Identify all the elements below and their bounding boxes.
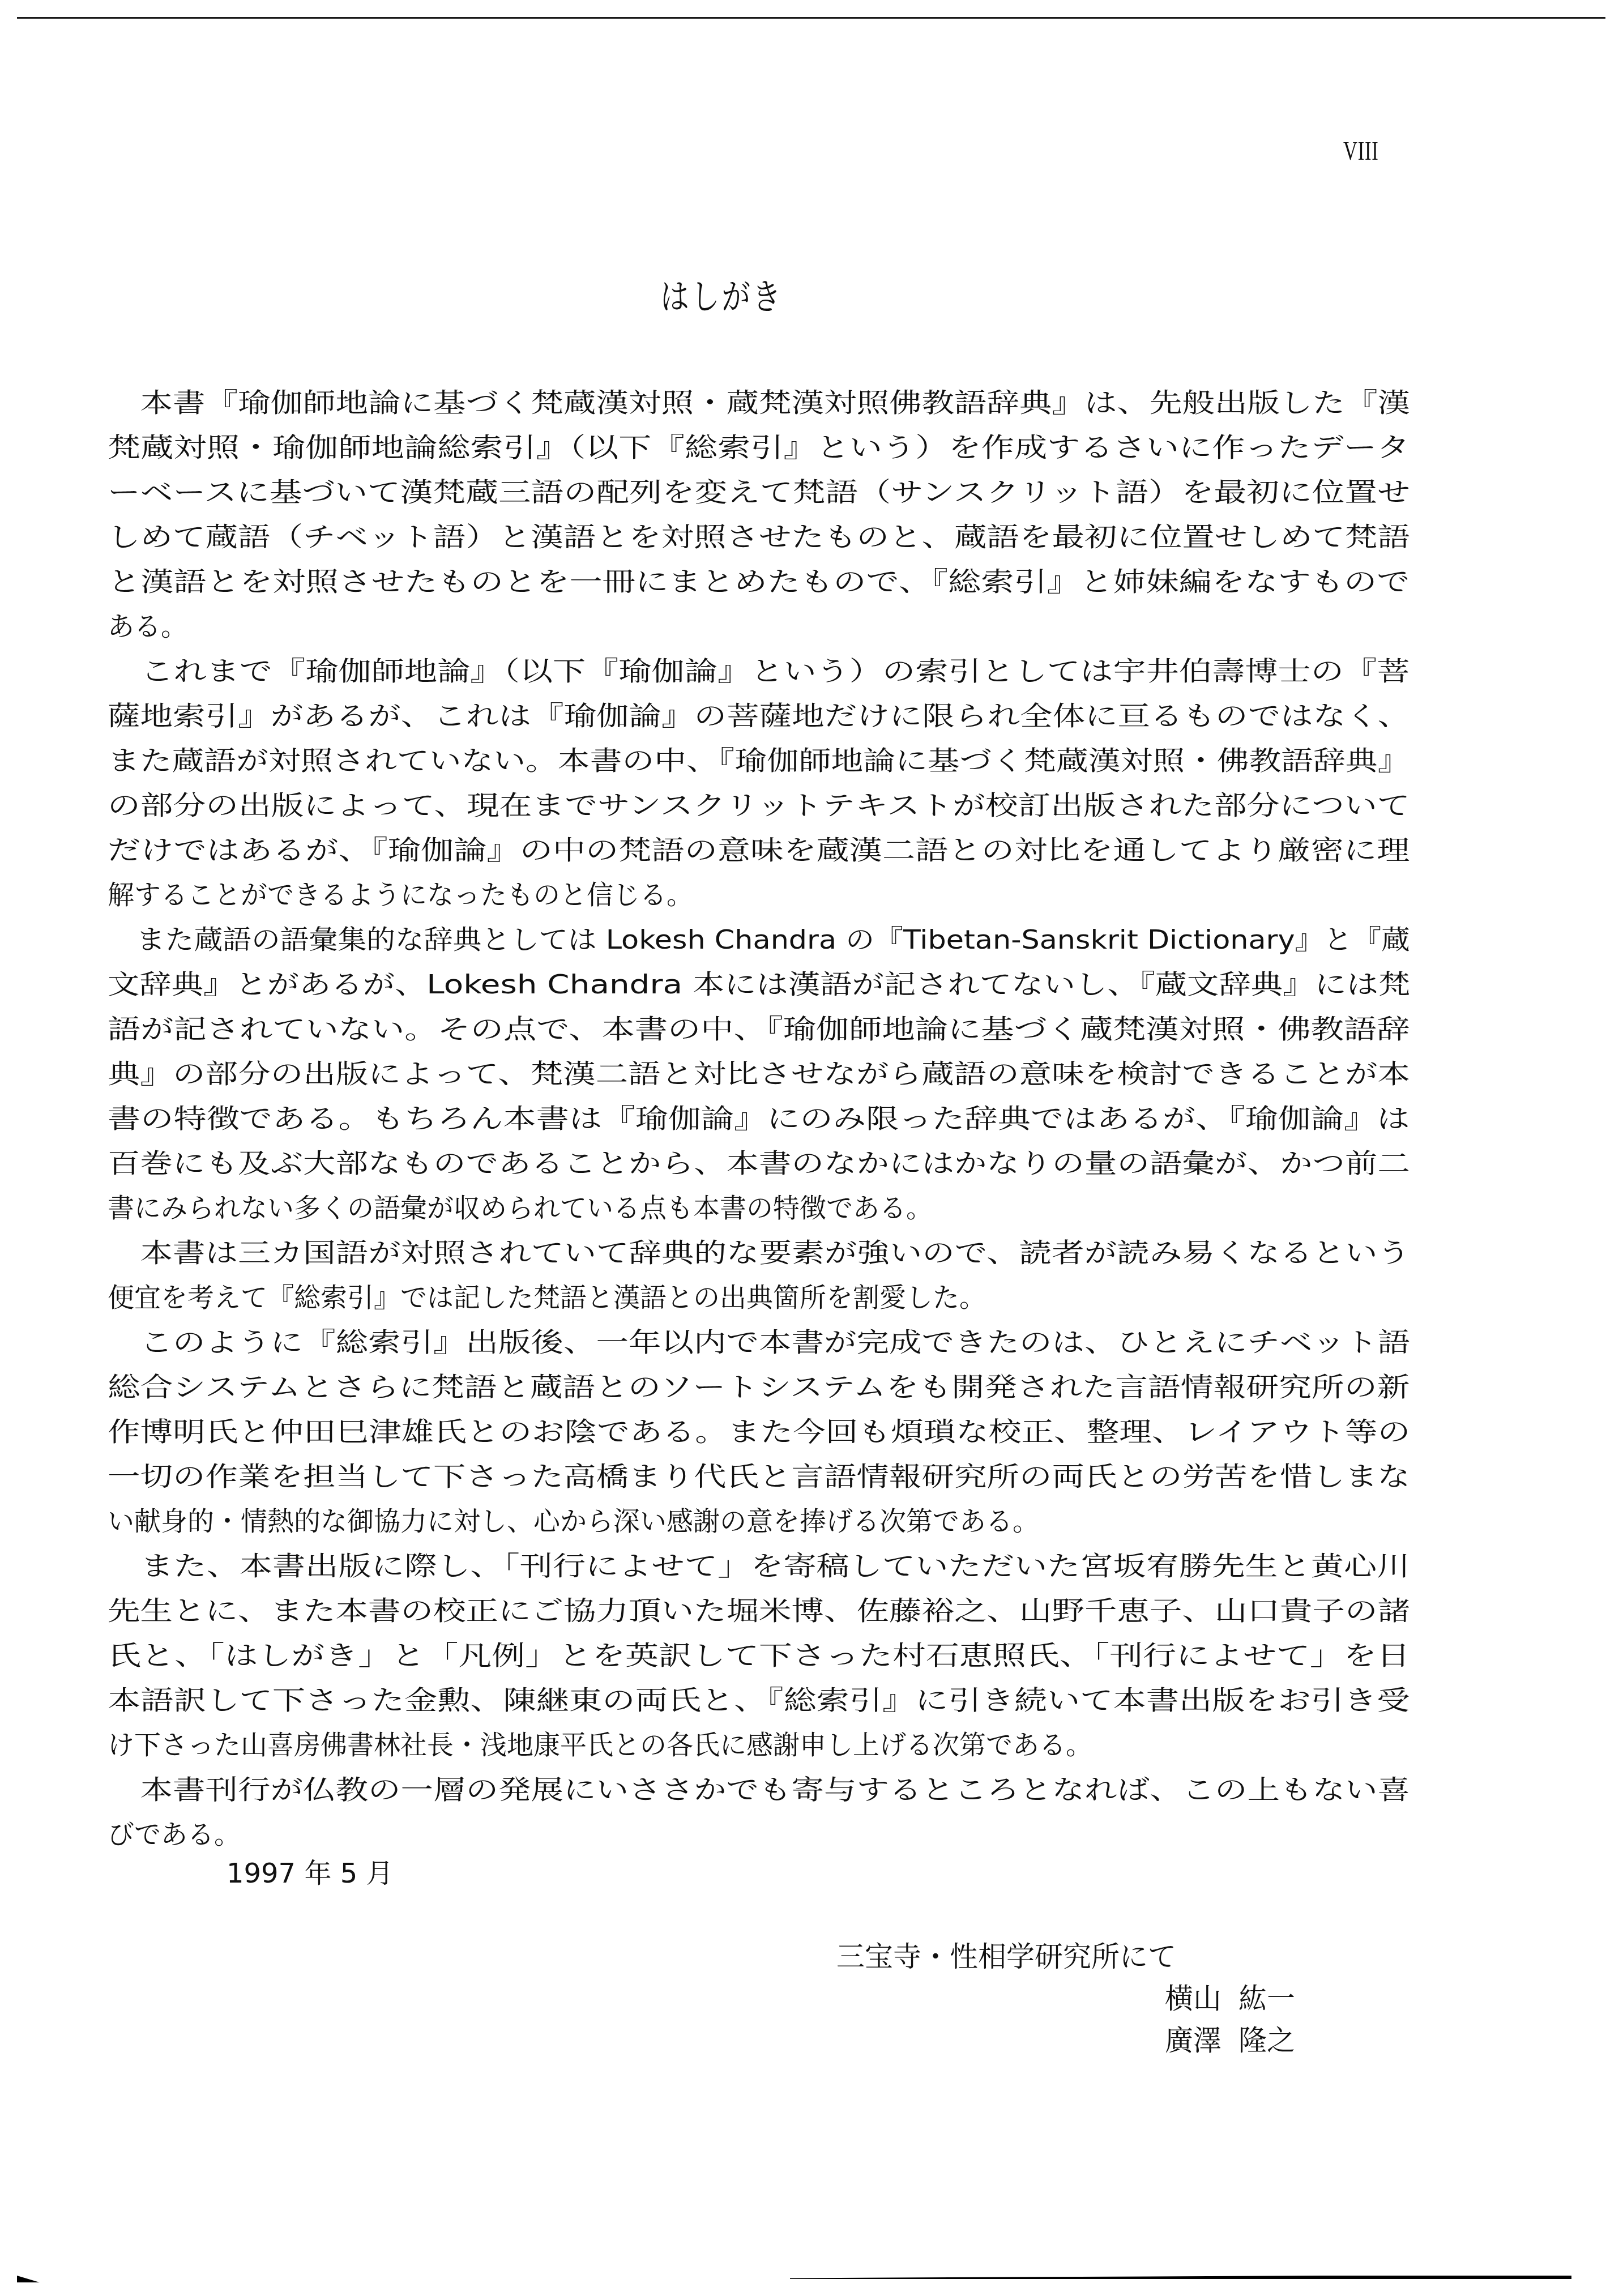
body-line: このように『総索引』出版後、一年以内で本書が完成できたのは、ひとえにチベット語	[108, 1320, 1623, 1365]
body-line: 薩地索引』があるが、これは『瑜伽論』の菩薩地だけに限られ全体に亘るものではなく、	[108, 694, 1623, 739]
body-line: 梵蔵対照・瑜伽師地論総索引』（以下『総索引』という）を作成するさいに作ったデータ	[108, 425, 1623, 470]
body-line: 便宜を考えて『総索引』では記した梵語と漢語との出典箇所を割愛した。	[108, 1275, 1410, 1320]
author-given-name: 紘一	[1238, 1982, 1295, 2015]
top-rule	[17, 17, 1605, 19]
body-line: 本書『瑜伽師地論に基づく梵蔵漢対照・蔵梵漢対照佛教語辞典』は、先般出版した『漢	[108, 381, 1623, 425]
author-family-name: 廣澤	[1165, 2024, 1221, 2057]
page-title: はしがき	[660, 278, 783, 317]
author-given-name: 隆之	[1238, 2024, 1295, 2057]
body-line: 本書は三カ国語が対照されていて辞典的な要素が強いので、読者が読み易くなるという	[108, 1231, 1623, 1275]
body-line: だけではあるが、『瑜伽論』の中の梵語の意味を蔵漢二語との対比を通してより厳密に理	[108, 828, 1623, 873]
bottom-rule	[790, 2274, 1571, 2279]
body-line: 解することができるようになったものと信じる。	[108, 873, 1410, 917]
body-line: の部分の出版によって、現在までサンスクリットテキストが校訂出版された部分について	[108, 783, 1623, 828]
corner-mark	[17, 2276, 40, 2282]
body-line: け下さった山喜房佛書林社長・浅地康平氏との各氏に感謝申し上げる次第である。	[108, 1723, 1410, 1768]
body-line: しめて蔵語（チベット語）と漢語とを対照させたものと、蔵語を最初に位置せしめて梵語	[108, 515, 1623, 560]
body-line: 文辞典』とがあるが、Lokesh Chandra 本には漢語が記されてないし、『…	[108, 962, 1623, 1007]
body-line: 作博明氏と仲田巳津雄氏とのお陰である。また今回も煩瑣な校正、整理、レイアウト等の	[108, 1410, 1623, 1454]
body-line: 総合システムとさらに梵語と蔵語とのソートシステムをも開発された言語情報研究所の新	[108, 1365, 1623, 1410]
body-line: 氏と、「はしがき」と「凡例」とを英訳して下さった村石恵照氏、「刊行によせて」を日	[108, 1633, 1623, 1678]
page-number: VIII	[1343, 138, 1378, 164]
body-line: 百巻にも及ぶ大部なものであることから、本書のなかにはかなりの量の語彙が、かつ前二	[108, 1141, 1623, 1186]
body-line: びである。	[108, 1812, 1410, 1857]
preface-body: 本書『瑜伽師地論に基づく梵蔵漢対照・蔵梵漢対照佛教語辞典』は、先般出版した『漢 …	[108, 381, 1410, 1857]
signature-place: 三宝寺・性相学研究所にて	[836, 1940, 1176, 1974]
body-line: 本書刊行が仏教の一層の発展にいささかでも寄与するところとなれば、この上もない喜	[108, 1768, 1623, 1812]
body-line: また蔵語が対照されていない。本書の中、『瑜伽師地論に基づく梵蔵漢対照・佛教語辞典…	[108, 739, 1623, 783]
body-line: これまで『瑜伽師地論』（以下『瑜伽論』という）の索引としては宇井伯壽博士の『菩	[108, 649, 1623, 694]
body-line: 典』の部分の出版によって、梵漢二語と対比させながら蔵語の意味を検討できることが本	[108, 1052, 1623, 1096]
body-line: ーベースに基づいて漢梵蔵三語の配列を変えて梵語（サンスクリット語）を最初に位置せ	[108, 470, 1623, 515]
author-family-name: 横山	[1165, 1982, 1221, 2015]
body-line: 書にみられない多くの語彙が収められている点も本書の特徴である。	[108, 1186, 1410, 1231]
body-line: 一切の作業を担当して下さった高橋まり代氏と言語情報研究所の両氏との労苦を惜しまな	[108, 1454, 1623, 1499]
body-line: 本語訳して下さった金勲、陳継東の両氏と、『総索引』に引き続いて本書出版をお引き受	[108, 1678, 1623, 1723]
body-line: 書の特徴である。もちろん本書は『瑜伽論』にのみ限った辞典ではあるが、『瑜伽論』は	[108, 1096, 1623, 1141]
body-line: 語が記されていない。その点で、本書の中、『瑜伽師地論に基づく蔵梵漢対照・佛教語辞	[108, 1007, 1623, 1052]
body-line: い献身的・情熱的な御協力に対し、心から深い感謝の意を捧げる次第である。	[108, 1499, 1410, 1544]
body-line: ある。	[108, 604, 1410, 649]
body-line: 先生とに、また本書の校正にご協力頂いた堀米博、佐藤裕之、山野千恵子、山口貴子の諸	[108, 1589, 1623, 1633]
author-name: 横山紘一	[1165, 1982, 1295, 2016]
body-line: と漢語とを対照させたものとを一冊にまとめたもので、『総索引』と姉妹編をなすもので	[108, 560, 1623, 604]
body-line: また、本書出版に際し、「刊行によせて」を寄稿していただいた宮坂宥勝先生と黄心川	[108, 1544, 1623, 1589]
author-name: 廣澤隆之	[1165, 2024, 1295, 2058]
date: 1997 年 5 月	[227, 1857, 393, 1890]
body-line: また蔵語の語彙集的な辞典としては Lokesh Chandra の『Tibeta…	[108, 917, 1515, 962]
